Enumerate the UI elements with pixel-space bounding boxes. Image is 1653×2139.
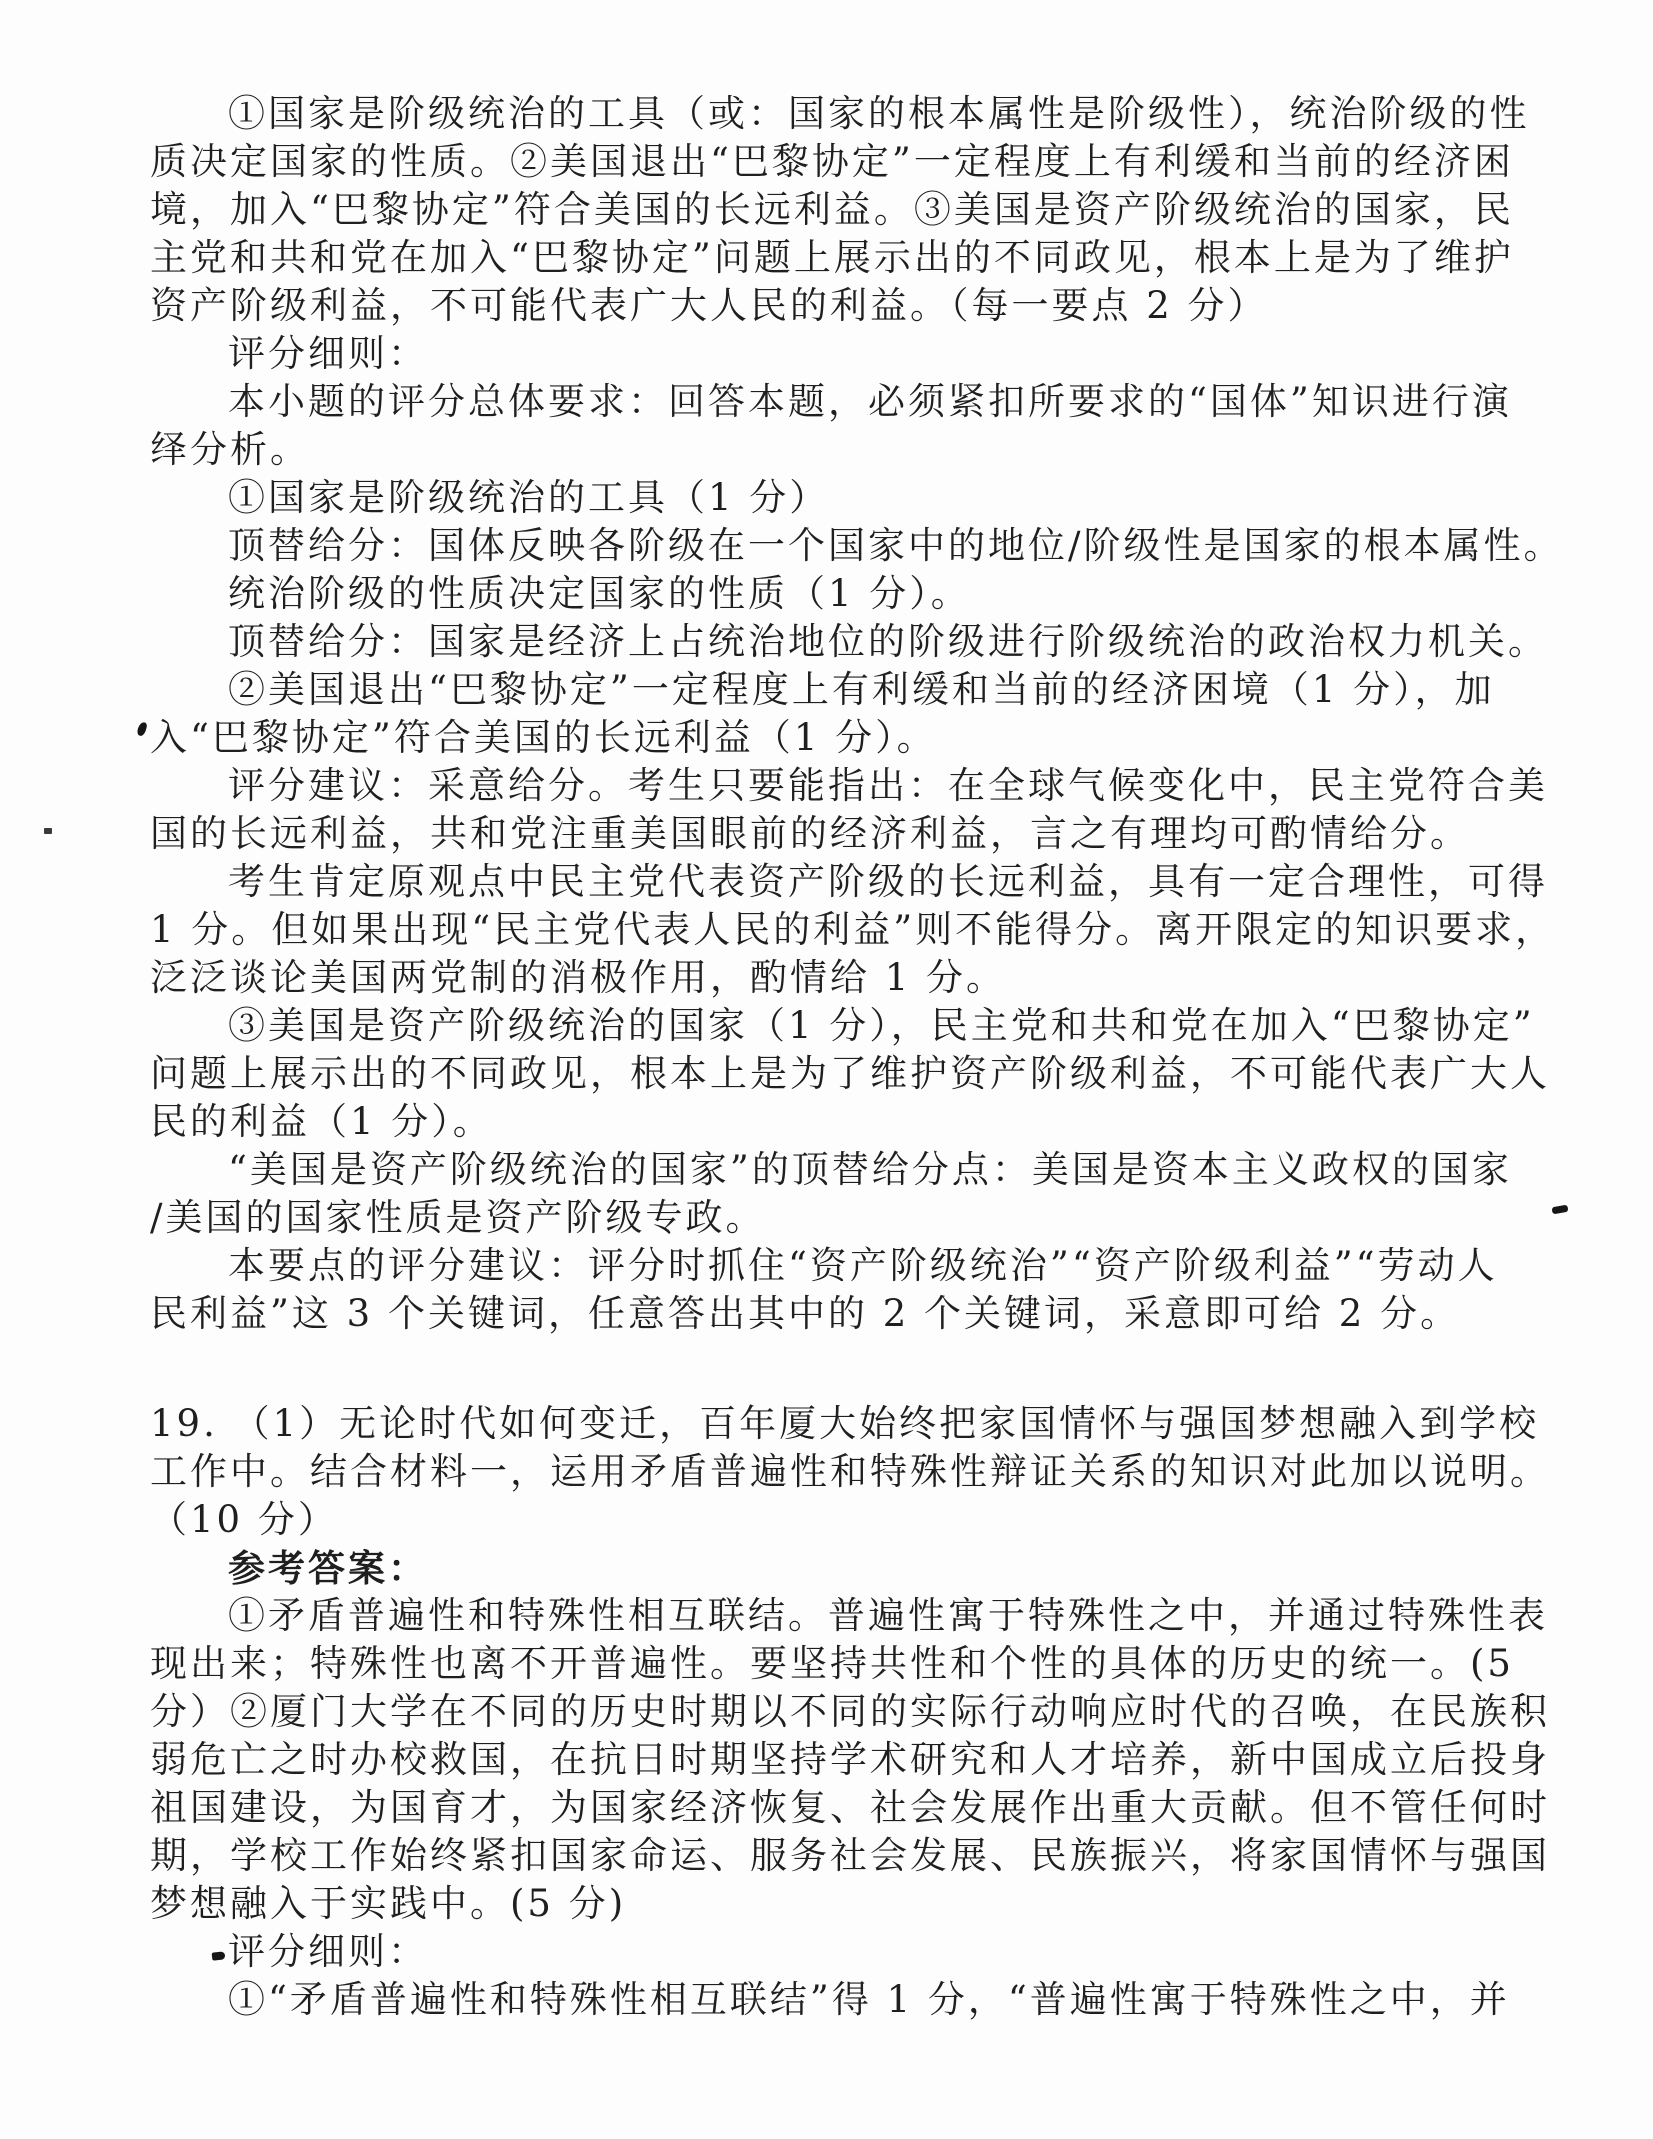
text-line: 绎分析。 xyxy=(150,426,1590,474)
text-line: 19. （1）无论时代如何变迁，百年厦大始终把家国情怀与强国梦想融入到学校 xyxy=(150,1400,1590,1448)
document-text: ①国家是阶级统治的工具（或：国家的根本属性是阶级性），统治阶级的性质决定国家的性… xyxy=(150,90,1590,2024)
text-line: ①国家是阶级统治的工具（或：国家的根本属性是阶级性），统治阶级的性 xyxy=(150,90,1590,138)
text-line: 顶替给分：国体反映各阶级在一个国家中的地位/阶级性是国家的根本属性。 xyxy=(150,522,1590,570)
text-line: 质决定国家的性质。②美国退出“巴黎协定”一定程度上有利缓和当前的经济困 xyxy=(150,138,1590,186)
text-line: 评分细则： xyxy=(150,330,1590,378)
text-line: 主党和共和党在加入“巴黎协定”问题上展示出的不同政见，根本上是为了维护 xyxy=(150,234,1590,282)
text-line: ①“矛盾普遍性和特殊性相互联结”得 1 分，“普遍性寓于特殊性之中，并 xyxy=(150,1976,1590,2024)
text-line: /美国的国家性质是资产阶级专政。 xyxy=(150,1194,1590,1242)
text-line: 泛泛谈论美国两党制的消极作用，酌情给 1 分。 xyxy=(150,954,1590,1002)
text-line: 1 分。但如果出现“民主党代表人民的利益”则不能得分。离开限定的知识要求， xyxy=(150,906,1590,954)
text-line: 入“巴黎协定”符合美国的长远利益（1 分）。 xyxy=(150,714,1590,762)
text-line: 资产阶级利益，不可能代表广大人民的利益。（每一要点 2 分） xyxy=(150,282,1590,330)
text-line: 期，学校工作始终紧扣国家命运、服务社会发展、民族振兴，将家国情怀与强国 xyxy=(150,1832,1590,1880)
text-line: “美国是资产阶级统治的国家”的顶替给分点：美国是资本主义政权的国家 xyxy=(150,1146,1590,1194)
text-line: （10 分） xyxy=(150,1496,1590,1544)
text-line: 弱危亡之时办校救国，在抗日时期坚持学术研究和人才培养，新中国成立后投身 xyxy=(150,1736,1590,1784)
text-line: 现出来；特殊性也离不开普遍性。要坚持共性和个性的具体的历史的统一。(5 xyxy=(150,1640,1590,1688)
text-line: 顶替给分：国家是经济上占统治地位的阶级进行阶级统治的政治权力机关。 xyxy=(150,618,1590,666)
text-line: 问题上展示出的不同政见，根本上是为了维护资产阶级利益，不可能代表广大人 xyxy=(150,1050,1590,1098)
text-line: 统治阶级的性质决定国家的性质（1 分）。 xyxy=(150,570,1590,618)
text-line: ②美国退出“巴黎协定”一定程度上有利缓和当前的经济困境（1 分），加 xyxy=(150,666,1590,714)
text-line: 评分细则： xyxy=(150,1928,1590,1976)
text-line: 祖国建设，为国育才，为国家经济恢复、社会发展作出重大贡献。但不管任何时 xyxy=(150,1784,1590,1832)
text-line: ③美国是资产阶级统治的国家（1 分），民主党和共和党在加入“巴黎协定” xyxy=(150,1002,1590,1050)
text-line: 本要点的评分建议：评分时抓住“资产阶级统治”“资产阶级利益”“劳动人 xyxy=(150,1242,1590,1290)
text-line: ①国家是阶级统治的工具（1 分） xyxy=(150,474,1590,522)
text-line: 评分建议：采意给分。考生只要能指出：在全球气候变化中，民主党符合美 xyxy=(150,762,1590,810)
text-line: ①矛盾普遍性和特殊性相互联结。普遍性寓于特殊性之中，并通过特殊性表 xyxy=(150,1592,1590,1640)
text-line: 民的利益（1 分）。 xyxy=(150,1098,1590,1146)
scanned-document-page: ①国家是阶级统治的工具（或：国家的根本属性是阶级性），统治阶级的性质决定国家的性… xyxy=(0,0,1653,2139)
stray-tick-mark xyxy=(136,721,148,737)
text-line: 梦想融入于实践中。(5 分) xyxy=(150,1880,1590,1928)
text-line: 民利益”这 3 个关键词，任意答出其中的 2 个关键词，采意即可给 2 分。 xyxy=(150,1290,1590,1338)
text-line: 国的长远利益，共和党注重美国眼前的经济利益，言之有理均可酌情给分。 xyxy=(150,810,1590,858)
text-line: 境，加入“巴黎协定”符合美国的长远利益。③美国是资产阶级统治的国家，民 xyxy=(150,186,1590,234)
text-line: 参考答案： xyxy=(150,1544,1590,1592)
text-line: 本小题的评分总体要求：回答本题，必须紧扣所要求的“国体”知识进行演 xyxy=(150,378,1590,426)
text-line: 分）②厦门大学在不同的历史时期以不同的实际行动响应时代的召唤，在民族积 xyxy=(150,1688,1590,1736)
text-line: 考生肯定原观点中民主党代表资产阶级的长远利益，具有一定合理性，可得 xyxy=(150,858,1590,906)
text-line: 工作中。结合材料一，运用矛盾普遍性和特殊性辩证关系的知识对此加以说明。 xyxy=(150,1448,1590,1496)
left-margin-speck xyxy=(44,828,52,834)
